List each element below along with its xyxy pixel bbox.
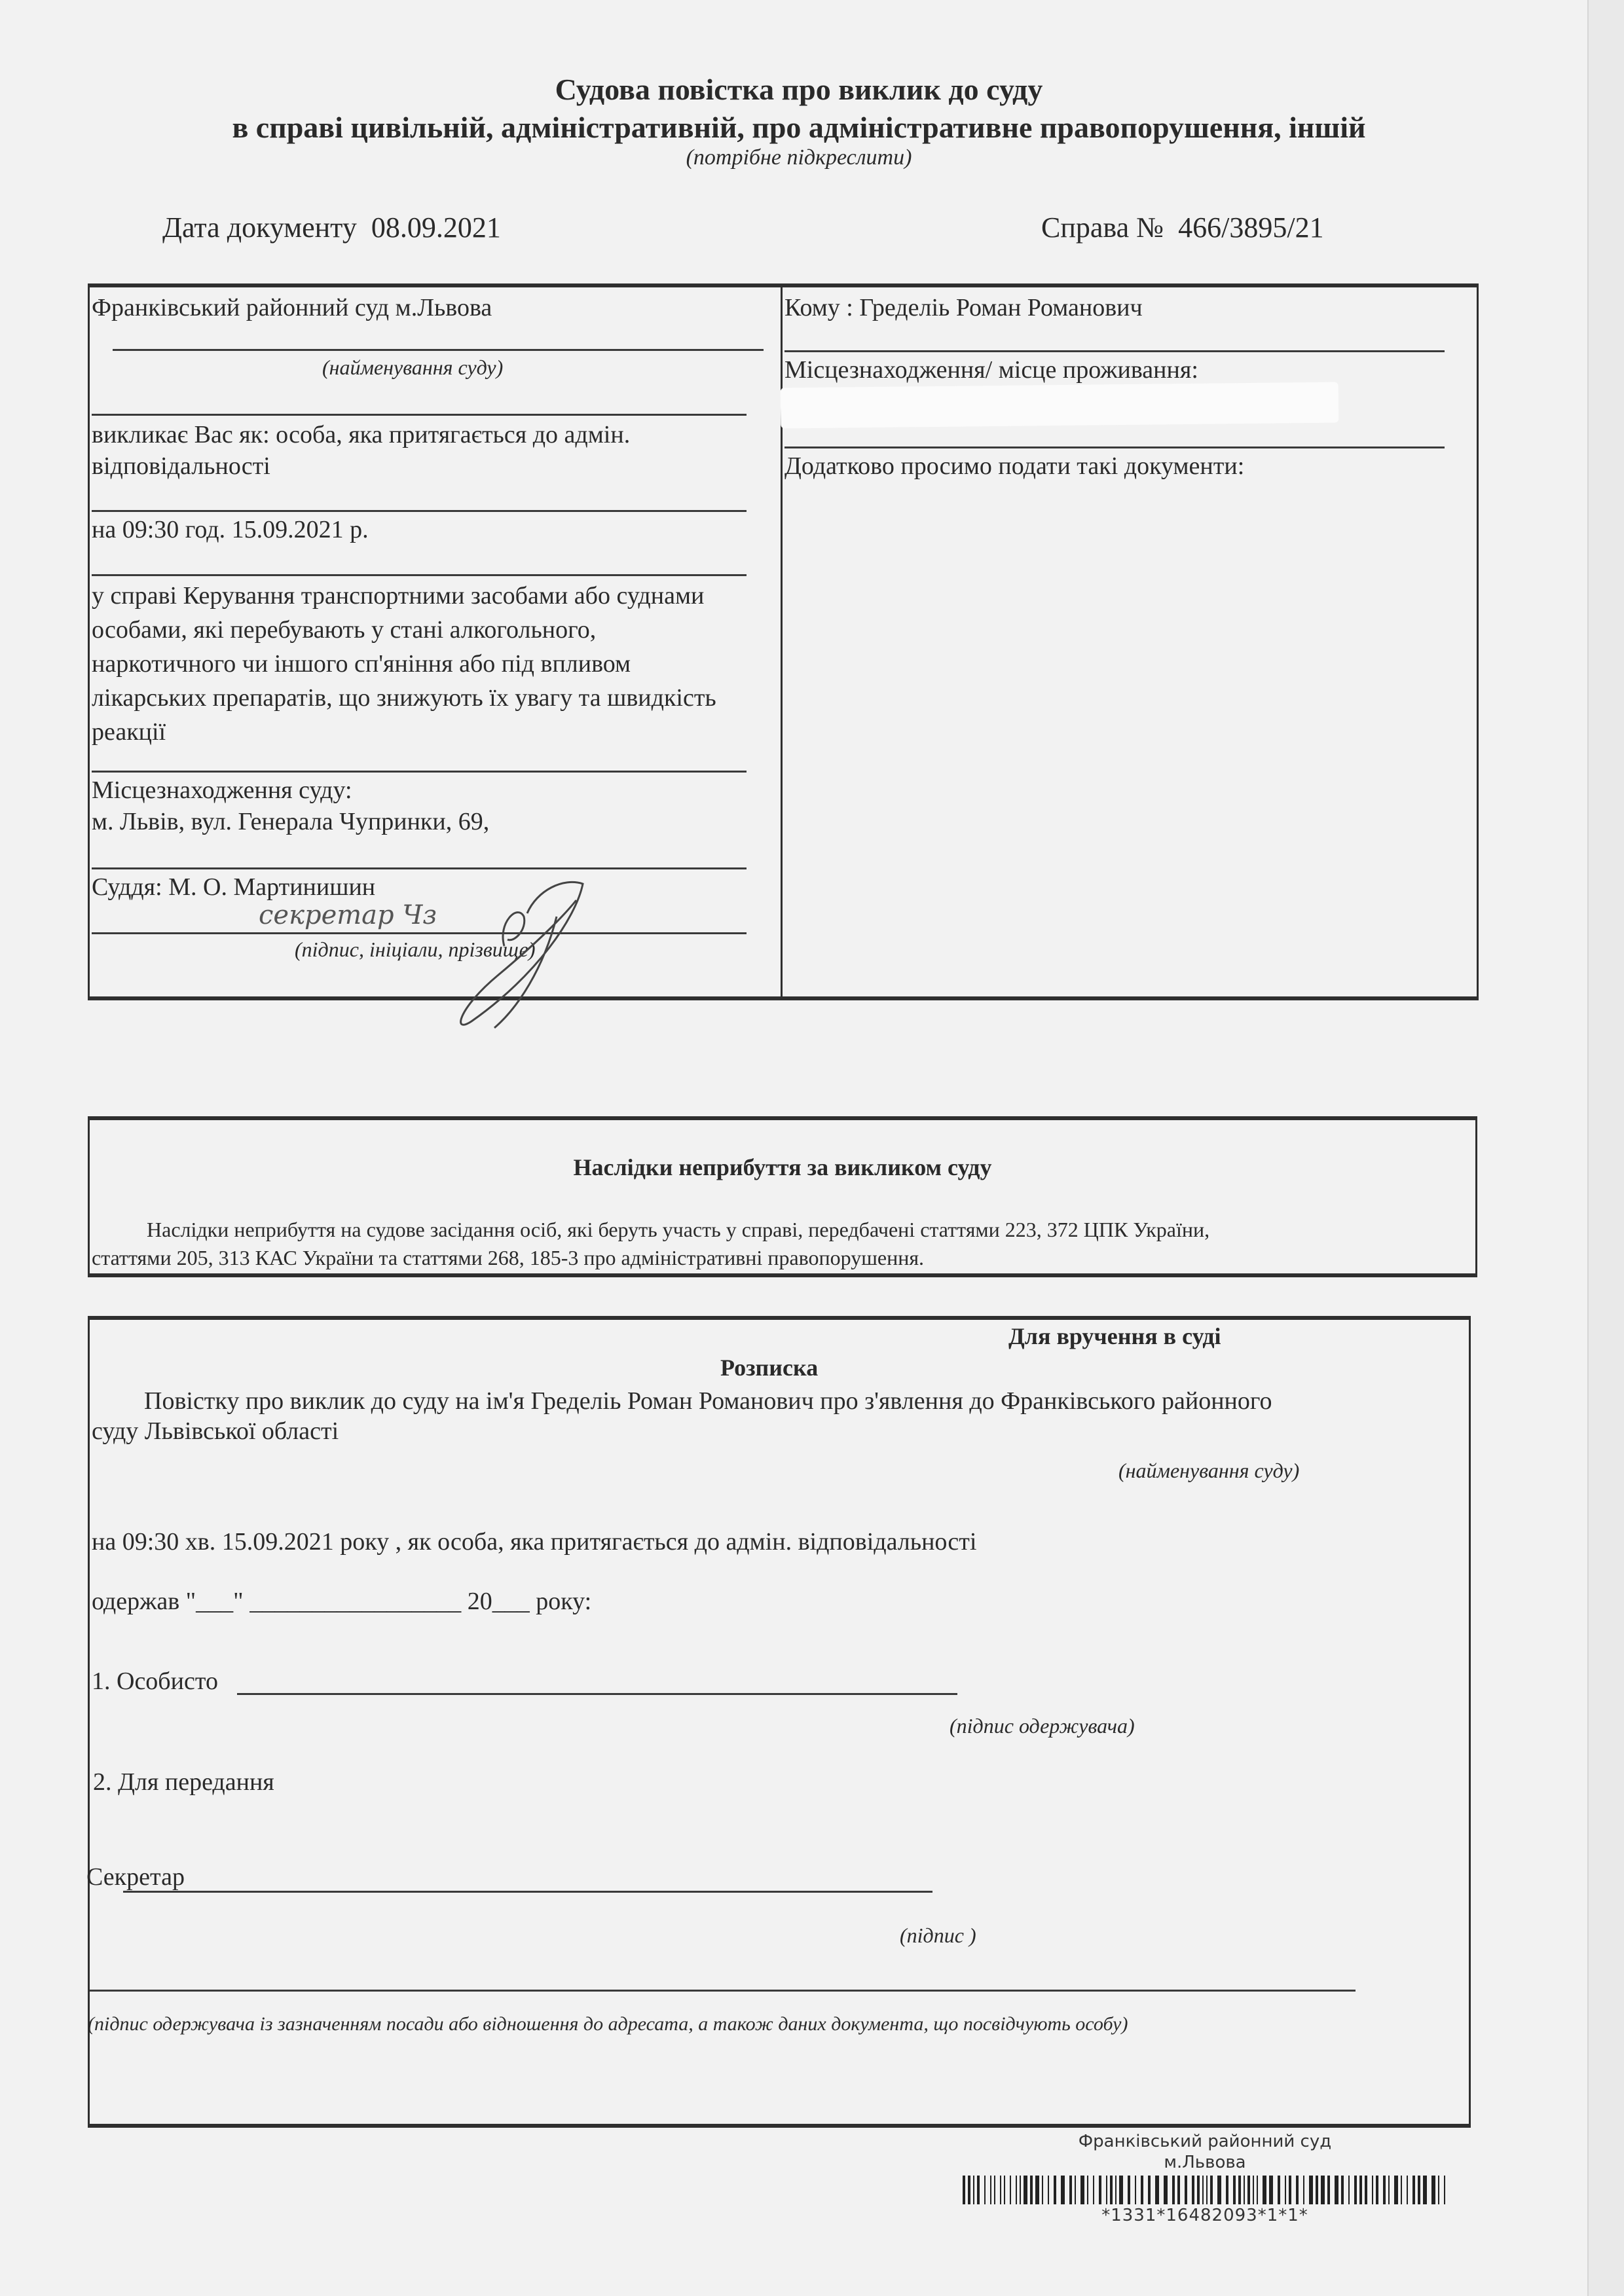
case-subject-line: у справі Керування транспортними засобам…	[92, 579, 786, 613]
divider	[784, 350, 1445, 352]
receipt-title: Розписка	[720, 1354, 818, 1381]
called-as-line2: відповідальності	[92, 452, 270, 481]
secretary-signature-line[interactable]	[123, 1891, 932, 1893]
document-subtitle: в справі цивільній, адміністративній, пр…	[0, 110, 1598, 145]
called-as-line1: викликає Вас як: особа, яка притягається…	[92, 420, 630, 449]
delivery-note: Для вручення в суді	[1008, 1322, 1221, 1350]
case-number-value: 466/3895/21	[1178, 211, 1323, 244]
recipient-details-line[interactable]	[90, 1990, 1356, 1992]
redacted-address	[781, 382, 1339, 429]
scan-page-edge	[1587, 0, 1624, 2296]
case-subject-line: лікарських препаратів, що знижують їх ув…	[92, 681, 786, 715]
document-date: Дата документу 08.09.2021	[162, 211, 501, 244]
divider	[92, 867, 747, 869]
receipt-text-line1: Повістку про виклик до суду на ім'я Гред…	[144, 1387, 1272, 1415]
court-location-label: Місцезнаходження суду:	[92, 776, 352, 805]
handwritten-signature-icon	[367, 877, 602, 1034]
secretary-label: Секретар	[86, 1863, 185, 1891]
underline-note: (потрібне підкреслити)	[0, 145, 1598, 170]
barcode-number: *1331*16482093*1*1*	[953, 2206, 1457, 2225]
residence-label: Місцезнаходження/ місце проживання:	[784, 355, 1198, 384]
consequences-text-line1: Наслідки неприбуття на судове засідання …	[147, 1218, 1209, 1242]
court-name: Франківський районний суд м.Львова	[92, 293, 492, 322]
receipt-text-line2: суду Львівської області	[92, 1417, 339, 1446]
secretary-signature-caption: (підпис )	[900, 1923, 976, 1948]
documents-label: Додатково просимо подати такі документи:	[784, 452, 1244, 481]
case-subject-line: особами, які перебувають у стані алкогол…	[92, 613, 786, 647]
case-subject-line: реакції	[92, 715, 786, 749]
divider	[92, 771, 747, 773]
divider	[784, 446, 1445, 448]
case-number: Справа № 466/3895/21	[1041, 211, 1324, 244]
document-date-value: 08.09.2021	[371, 211, 501, 244]
divider	[92, 414, 747, 416]
divider	[92, 510, 747, 512]
judge-name: Суддя: М. О. Мартинишин	[92, 873, 375, 902]
barcode-court-line1: Франківський районний суд	[953, 2131, 1457, 2152]
barcode-court-line2: м.Львова	[953, 2152, 1457, 2173]
document-date-label: Дата документу	[162, 211, 357, 244]
document-title: Судова повістка про виклик до суду	[0, 72, 1598, 107]
consequences-text-line2: статтями 205, 313 КАС України та статтям…	[92, 1246, 924, 1270]
barcode-icon	[953, 2176, 1457, 2204]
divider	[113, 349, 764, 351]
personally-label: 1. Особисто	[92, 1667, 218, 1696]
hearing-time: на 09:30 год. 15.09.2021 р.	[92, 515, 369, 544]
personally-signature-line[interactable]	[237, 1693, 957, 1695]
court-address: м. Львів, вул. Генерала Чупринки, 69,	[92, 807, 489, 836]
divider	[92, 574, 747, 576]
barcode-block: Франківський районний суд м.Львова *1331…	[953, 2131, 1457, 2225]
case-number-label: Справа №	[1041, 211, 1164, 244]
case-subject: у справі Керування транспортними засобам…	[92, 579, 786, 749]
transfer-label: 2. Для передання	[93, 1768, 274, 1796]
receipt-hearing-line: на 09:30 хв. 15.09.2021 року , як особа,…	[92, 1527, 976, 1556]
receipt-court-caption: (найменування суду)	[1118, 1459, 1299, 1483]
consequences-title: Наслідки неприбуття за викликом суду	[0, 1154, 1565, 1181]
case-subject-line: наркотичного чи іншого сп'яніння або під…	[92, 647, 786, 681]
recipient-details-caption: (підпис одержувача із зазначенням посади…	[88, 2013, 1128, 2035]
received-date-line[interactable]: одержав "___" _________________ 20___ ро…	[92, 1587, 591, 1616]
court-name-caption: (найменування суду)	[322, 355, 503, 380]
recipient-signature-caption: (підпис одержувача)	[950, 1714, 1135, 1738]
recipient-name: Кому : Гределіь Роман Романович	[784, 293, 1143, 322]
